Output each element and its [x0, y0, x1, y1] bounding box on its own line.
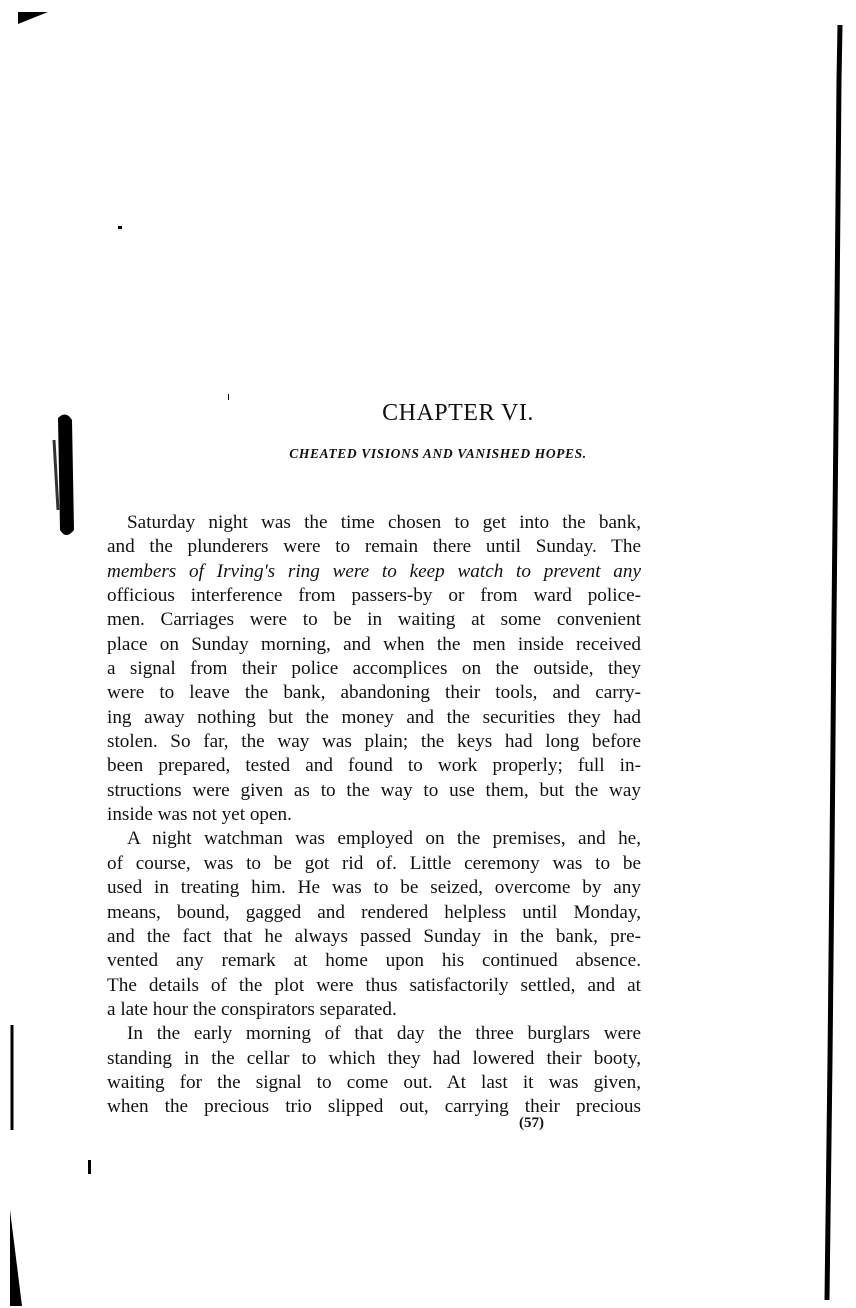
text-line: means, bound, gagged and rendered helple…	[107, 901, 641, 925]
left-bottom-edge-mark	[8, 1015, 28, 1135]
text-line: a late hour the conspirators separated.	[107, 998, 641, 1022]
chapter-subtitle: CHEATED VISIONS AND VANISHED HOPES.	[0, 446, 856, 462]
text-line: stolen. So far, the way was plain; the k…	[107, 730, 641, 754]
text-line: used in treating him. He was to be seize…	[107, 876, 641, 900]
text-line: In the early morning of that day the thr…	[107, 1022, 641, 1046]
text-line: structions were given as to the way to u…	[107, 779, 641, 803]
text-line: when the precious trio slipped out, carr…	[107, 1095, 641, 1119]
text-line: a signal from their police accomplices o…	[107, 657, 641, 681]
text-line: waiting for the signal to come out. At l…	[107, 1071, 641, 1095]
text-line: men. Carriages were to be in waiting at …	[107, 608, 641, 632]
left-binding-smudge	[48, 410, 88, 540]
text-line: officious interference from passers-by o…	[107, 584, 641, 608]
text-line: The details of the plot were thus satisf…	[107, 974, 641, 998]
chapter-title: CHAPTER VI.	[0, 400, 856, 427]
text-line: been prepared, tested and found to work …	[107, 754, 641, 778]
page-number: (57)	[519, 1115, 544, 1132]
text-line: inside was not yet open.	[107, 803, 641, 827]
text-line: and the plunderers were to remain there …	[107, 535, 641, 559]
stray-dot	[118, 226, 122, 229]
scanned-book-page: CHAPTER VI. CHEATED VISIONS AND VANISHED…	[0, 0, 856, 1308]
text-line: A night watchman was employed on the pre…	[107, 827, 641, 851]
text-line: were to leave the bank, abandoning their…	[107, 681, 641, 705]
text-line: members of Irving's ring were to keep wa…	[107, 560, 641, 584]
text-line: place on Sunday morning, and when the me…	[107, 633, 641, 657]
right-page-edge-line	[815, 0, 856, 1308]
left-corner-edge-mark	[8, 1208, 28, 1308]
text-line: Saturday night was the time chosen to ge…	[107, 511, 641, 535]
text-line: ing away nothing but the money and the s…	[107, 706, 641, 730]
text-line: standing in the cellar to which they had…	[107, 1047, 641, 1071]
text-line: and the fact that he always passed Sunda…	[107, 925, 641, 949]
text-line: of course, was to be got rid of. Little …	[107, 852, 641, 876]
stray-marks	[88, 1160, 91, 1174]
body-text: Saturday night was the time chosen to ge…	[107, 511, 641, 1120]
text-line: vented any remark at home upon his conti…	[107, 949, 641, 973]
scan-corner-mark	[18, 12, 50, 26]
